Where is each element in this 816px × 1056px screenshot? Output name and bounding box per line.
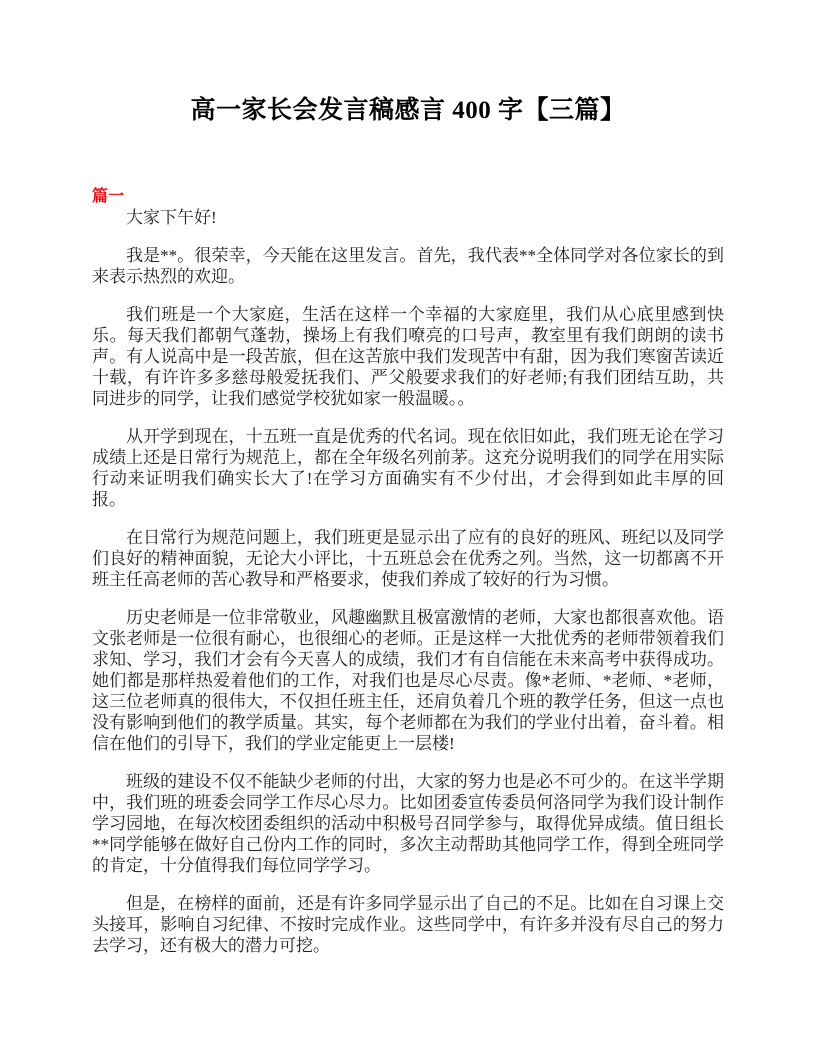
- section-heading: 篇一: [92, 186, 724, 207]
- document-content: 高一家长会发言稿感言 400 字【三篇】 篇一 大家下午好! 我是**。很荣幸，…: [92, 95, 724, 956]
- document-page: 高一家长会发言稿感言 400 字【三篇】 篇一 大家下午好! 我是**。很荣幸，…: [0, 0, 816, 1056]
- paragraph: 但是，在榜样的面前，还是有许多同学显示出了自己的不足。比如在自习课上交头接耳，影…: [92, 893, 724, 956]
- paragraph: 从开学到现在，十五班一直是优秀的代名词。现在依旧如此，我们班无论在学习成绩上还是…: [92, 426, 724, 510]
- paragraph: 班级的建设不仅不能缺少老师的付出，大家的努力也是必不可少的。在这半学期中，我们班…: [92, 771, 724, 876]
- paragraph: 我们班是一个大家庭，生活在这样一个幸福的大家庭里，我们从心底里感到快乐。每天我们…: [92, 304, 724, 409]
- paragraph: 大家下午好!: [92, 207, 724, 228]
- paragraph: 在日常行为规范问题上，我们班更是显示出了应有的良好的班风、班纪以及同学们良好的精…: [92, 527, 724, 590]
- paragraph: 我是**。很荣幸，今天能在这里发言。首先，我代表**全体同学对各位家长的到来表示…: [92, 245, 724, 287]
- paragraph: 历史老师是一位非常敬业，风趣幽默且极富激情的老师，大家也都很喜欢他。语文张老师是…: [92, 607, 724, 754]
- document-title: 高一家长会发言稿感言 400 字【三篇】: [92, 95, 724, 127]
